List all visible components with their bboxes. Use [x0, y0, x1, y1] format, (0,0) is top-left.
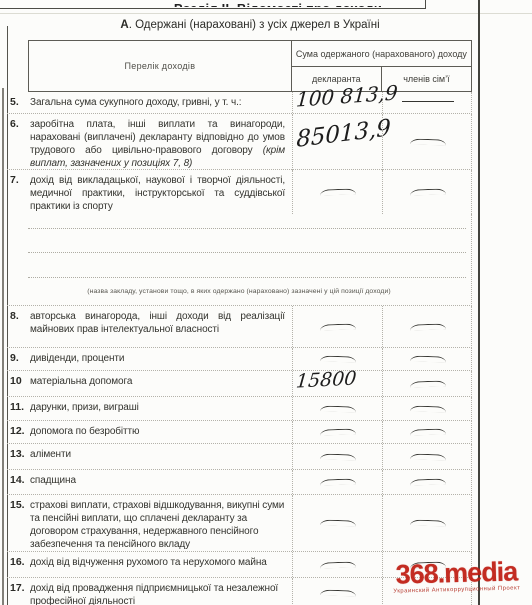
family-value-cell	[382, 470, 472, 494]
dash-mark	[319, 405, 355, 412]
row-number: 14.	[7, 470, 28, 494]
row-label: заробітна плата, інші виплати та винагор…	[28, 114, 292, 170]
row-number: 7.	[7, 170, 28, 214]
row-number: 16.	[7, 552, 28, 577]
dash-mark	[319, 428, 355, 435]
table-row: 7.дохід від викладацької, наукової і тво…	[7, 170, 472, 214]
table-row: 5.Загальна сума сукупного доходу, гривні…	[7, 92, 472, 114]
declarant-value-cell	[292, 444, 382, 469]
row-label: дарунки, призи, виграші	[28, 397, 292, 420]
family-value-cell	[382, 92, 472, 113]
watermark: 368.media Украинский Антикоррупционный П…	[381, 556, 532, 595]
write-in-line	[28, 252, 466, 253]
left-page-edge	[2, 88, 4, 605]
handwritten-value: 85013,9	[296, 115, 391, 153]
dash-mark	[409, 139, 445, 146]
row-label: страхові виплати, страхові відшкодування…	[28, 495, 292, 551]
family-value-cell	[382, 495, 472, 551]
declarant-value-cell	[292, 495, 382, 551]
row-label: дивіденди, проценти	[28, 348, 292, 370]
right-page-border	[478, 0, 480, 605]
page-title: Розділ II. Відомості про доходи	[140, 0, 416, 7]
institution-name-section: (назва закладу, установи тощо, в яких од…	[7, 214, 472, 306]
dash-mark	[319, 590, 355, 597]
table-row: 10матеріальна допомога15800	[7, 371, 472, 397]
family-value-cell	[382, 421, 472, 443]
family-value-cell	[382, 348, 472, 370]
declarant-value-cell	[292, 306, 382, 347]
dash-mark	[409, 428, 445, 435]
dash-mark	[319, 478, 355, 485]
dash-mark	[409, 323, 445, 330]
row-number: 15.	[7, 495, 28, 551]
scanned-declaration-page: Розділ II. Відомості про доходи А. Одерж…	[0, 0, 532, 605]
page-title-text: Розділ II. Відомості про доходи	[174, 1, 382, 7]
table-row: 6.заробітна плата, інші виплати та винаг…	[7, 114, 472, 170]
declarant-value-cell: 85013,9	[292, 114, 382, 170]
declarant-value-cell	[292, 348, 382, 370]
dash-mark	[319, 453, 355, 460]
row-number: 8.	[7, 306, 28, 347]
family-value-cell	[382, 397, 472, 420]
row-number: 6.	[7, 114, 28, 170]
scan-fold-line	[0, 13, 532, 14]
family-value-cell	[382, 114, 472, 170]
row-label: дохід від викладацької, наукової і творч…	[28, 170, 292, 214]
rows-top: 5.Загальна сума сукупного доходу, гривні…	[7, 92, 472, 214]
dash-mark	[409, 188, 445, 195]
row-number: 17.	[7, 578, 28, 605]
table-row: 9.дивіденди, проценти	[7, 348, 472, 371]
row-label: авторська винагорода, інші доходи від ре…	[28, 306, 292, 347]
section-text: . Одержані (нараховані) з усіх джерел в …	[129, 19, 380, 31]
declarant-value-cell	[292, 397, 382, 420]
write-in-line	[28, 277, 466, 278]
declarant-value-cell: 15800	[292, 371, 382, 396]
title-underline	[0, 8, 426, 9]
row-label: матеріальна допомога	[28, 371, 292, 396]
table-header: Перелік доходів Сума одержаного (нарахов…	[28, 40, 472, 92]
row-number: 5.	[7, 92, 28, 113]
dash-mark	[409, 380, 445, 387]
table-row: 14.спадщина	[7, 470, 472, 495]
declarant-value-cell	[292, 170, 382, 214]
row-label: дохід від провадження підприємницької та…	[28, 578, 292, 605]
write-in-line	[28, 228, 466, 229]
family-value-cell	[382, 371, 472, 396]
declarant-value-cell	[292, 552, 382, 577]
column-header-sum: Сума одержаного (нарахованого) доходу	[292, 41, 471, 67]
family-value-cell	[382, 170, 472, 214]
title-corner-tick	[425, 0, 426, 9]
dash-mark	[409, 478, 445, 485]
declarant-value-cell	[292, 421, 382, 443]
row-label: дохід від відчуження рухомого та нерухом…	[28, 552, 292, 577]
row-label-italic: (крім виплат, зазначених у позиціях 7, 8…	[30, 145, 285, 169]
table-row: 12.допомога по безробіттю	[7, 421, 472, 444]
declarant-value-cell: 100 813,9	[292, 92, 382, 113]
row-number: 9.	[7, 348, 28, 370]
section-letter: А	[120, 19, 128, 31]
family-value-cell	[382, 306, 472, 347]
table-row: 13.аліменти	[7, 444, 472, 470]
dash-mark	[319, 323, 355, 330]
dash-mark	[402, 101, 454, 104]
dash-mark	[409, 405, 445, 412]
dash-mark	[319, 356, 355, 363]
watermark-brand: 368.media	[381, 556, 532, 590]
declarant-value-cell	[292, 470, 382, 494]
row-number: 10	[7, 371, 28, 396]
dash-mark	[319, 520, 355, 527]
column-header-items: Перелік доходів	[29, 41, 292, 91]
dash-mark	[409, 356, 445, 363]
dash-mark	[319, 188, 355, 195]
institution-note: (назва закладу, установи тощо, в яких од…	[7, 288, 471, 295]
table-row: 11.дарунки, призи, виграші	[7, 397, 472, 421]
row-label: спадщина	[28, 470, 292, 494]
handwritten-value: 15800	[295, 367, 357, 392]
row-number: 11.	[7, 397, 28, 420]
row-label: аліменти	[28, 444, 292, 469]
family-value-cell	[382, 444, 472, 469]
table-row: 8.авторська винагорода, інші доходи від …	[7, 306, 472, 348]
table-row: 15.страхові виплати, страхові відшкодува…	[7, 495, 472, 552]
dash-mark	[409, 453, 445, 460]
row-label: допомога по безробіттю	[28, 421, 292, 443]
declarant-value-cell	[292, 578, 382, 605]
dash-mark	[319, 561, 355, 568]
dash-mark	[409, 520, 445, 527]
row-number: 12.	[7, 421, 28, 443]
row-number: 13.	[7, 444, 28, 469]
row-label: Загальна сума сукупного доходу, гривні, …	[28, 92, 292, 113]
section-title: А. Одержані (нараховані) з усіх джерел в…	[28, 19, 472, 31]
